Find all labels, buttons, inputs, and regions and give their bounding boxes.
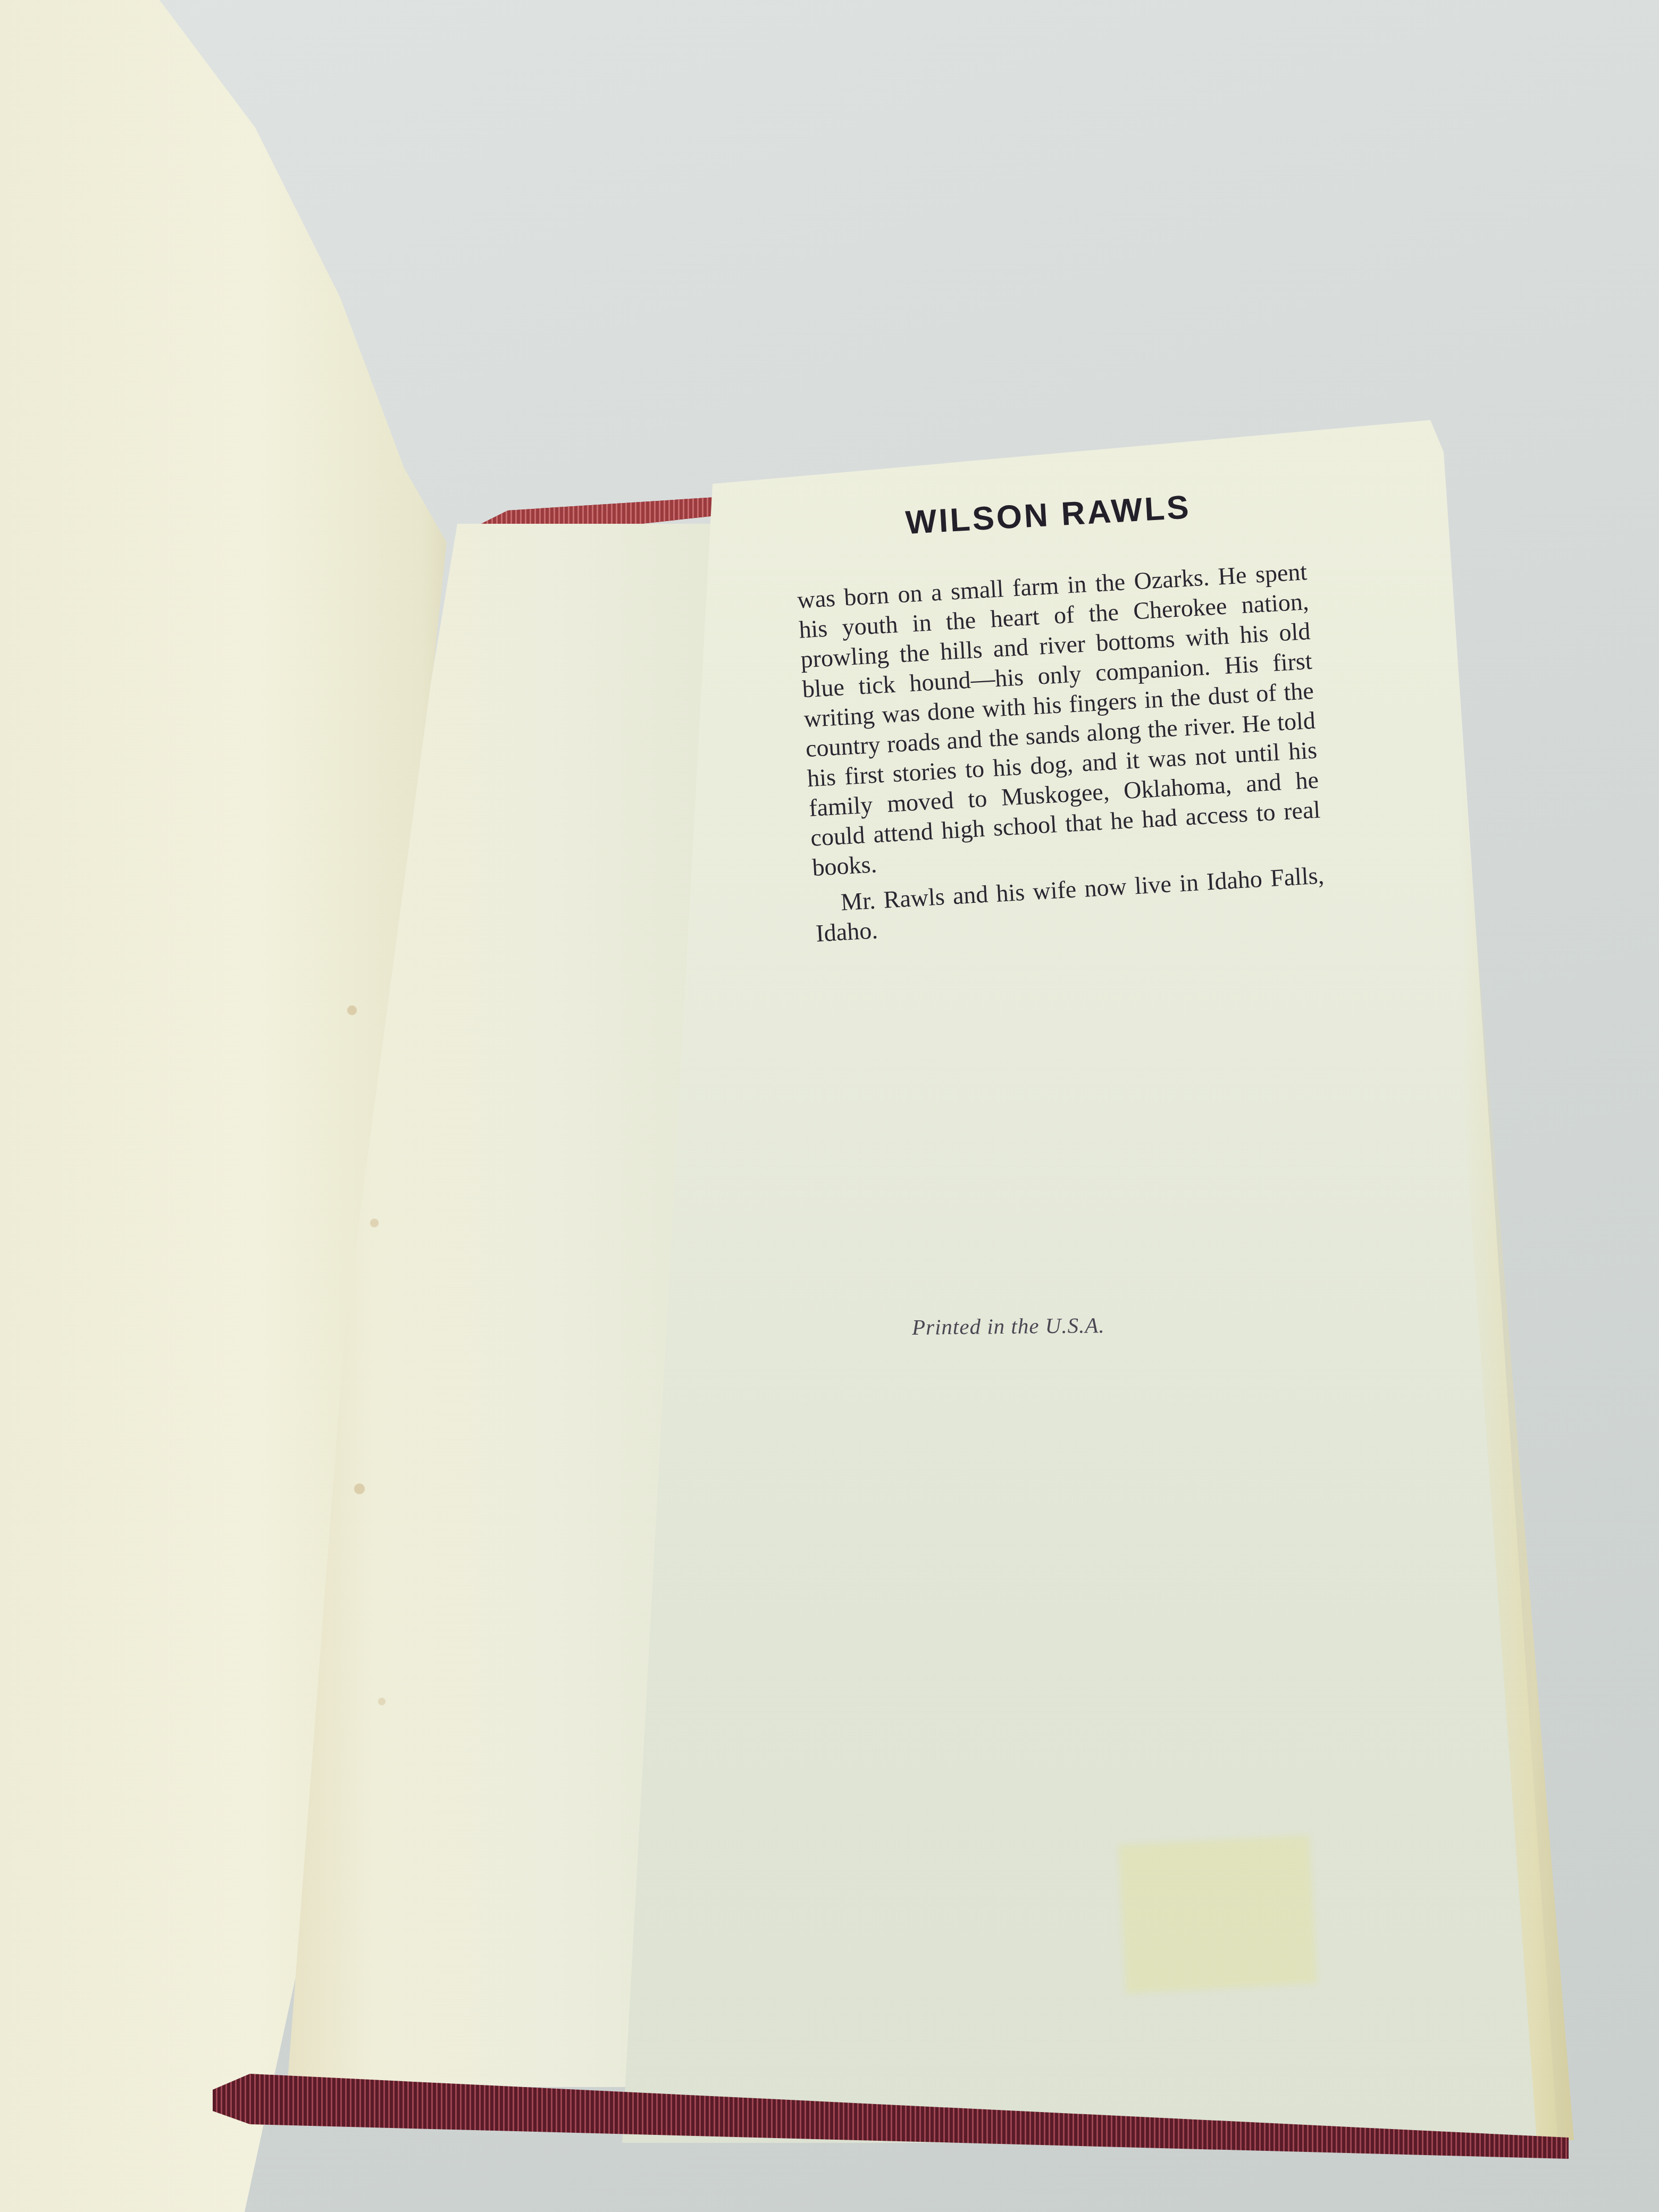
flap-text-block: WILSON RAWLS was born on a small farm in… bbox=[792, 482, 1327, 948]
printed-in-usa-imprint: Printed in the U.S.A. bbox=[912, 1312, 1105, 1340]
foxing-spots bbox=[330, 904, 404, 1967]
sticker-residue-stain bbox=[1118, 1835, 1317, 1993]
author-bio-paragraph: was born on a small farm in the Ozarks. … bbox=[797, 557, 1323, 883]
